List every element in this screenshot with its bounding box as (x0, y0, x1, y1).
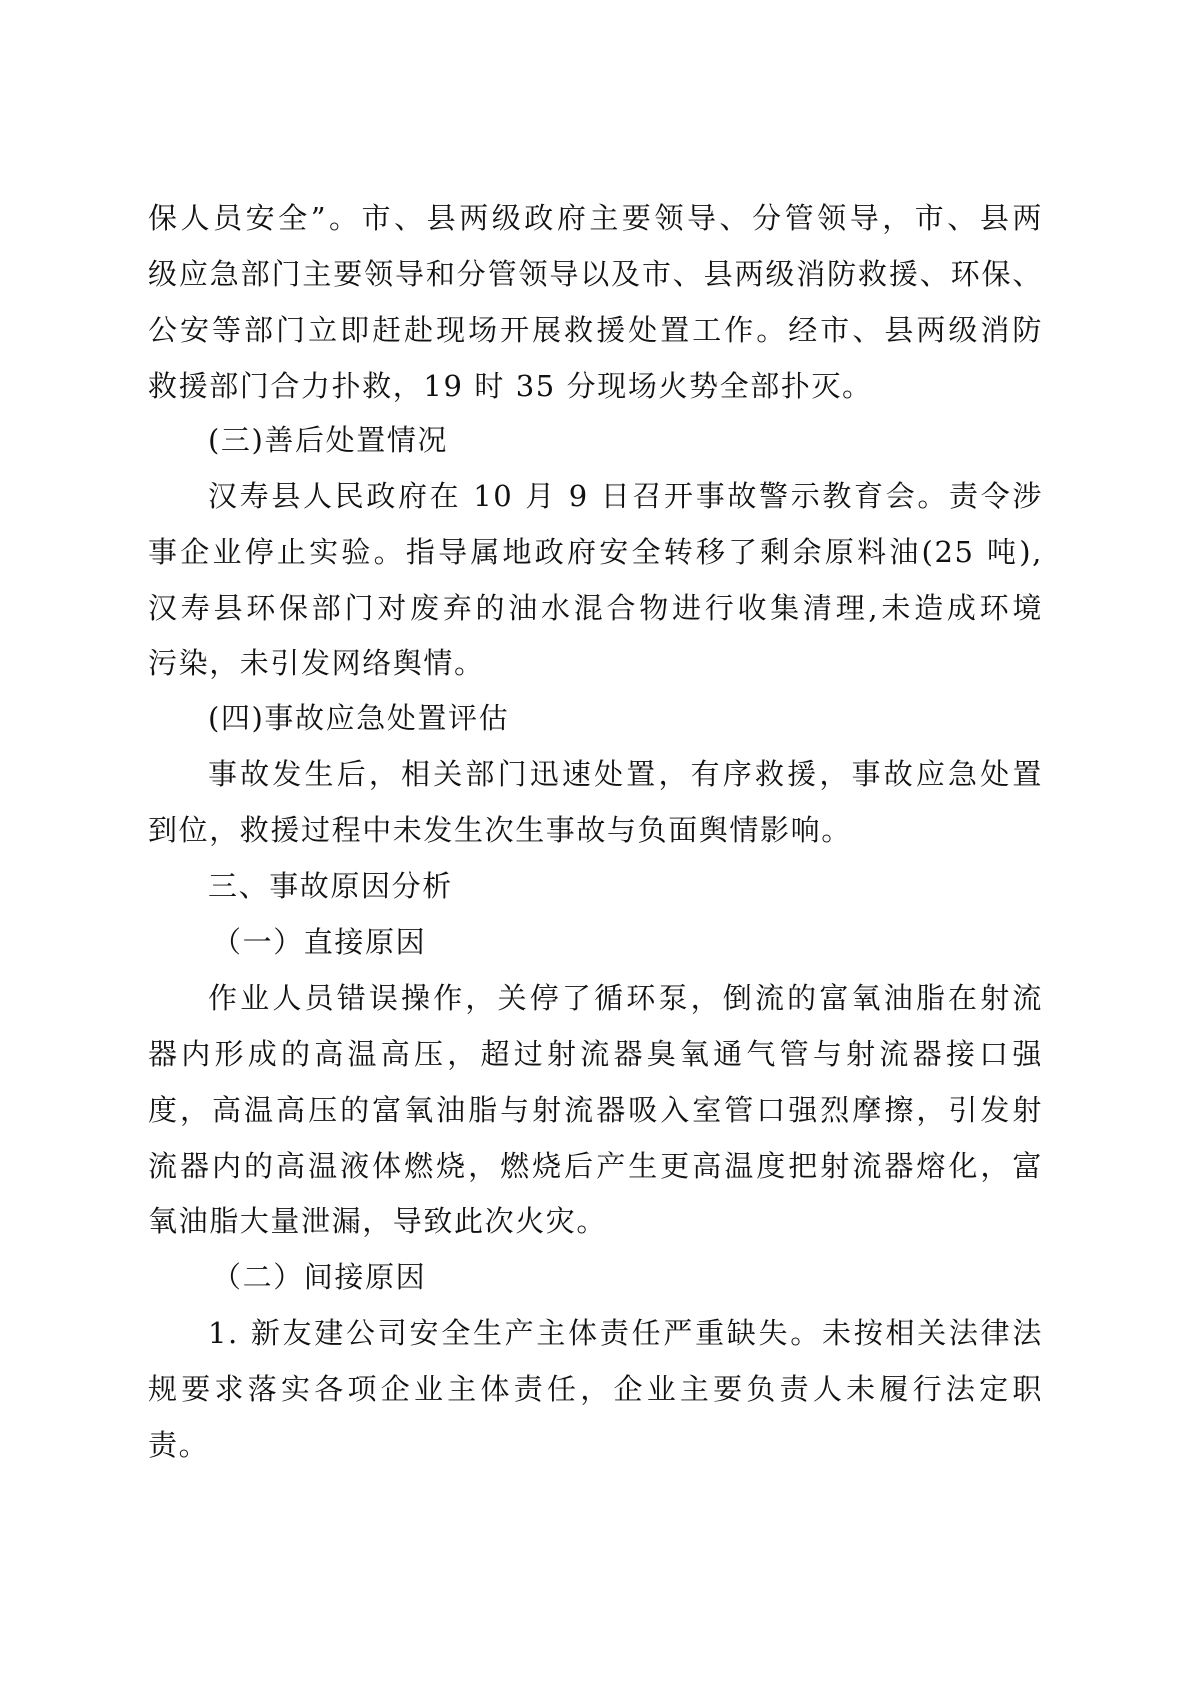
paragraph-line: 责。 (148, 1425, 1043, 1465)
paragraph-line: 事故发生后，相关部门迅速处置，有序救援，事故应急处置 (208, 754, 1043, 794)
document-page: 保人员安全”。市、县两级政府主要领导、分管领导，市、县两级应急部门主要领导和分管… (0, 0, 1190, 1683)
paragraph-line: 保人员安全”。市、县两级政府主要领导、分管领导，市、县两 (148, 198, 1043, 238)
paragraph-line: 氧油脂大量泄漏，导致此次火灾。 (148, 1201, 1043, 1241)
paragraph-line: 作业人员错误操作，关停了循环泵，倒流的富氧油脂在射流 (208, 978, 1043, 1018)
paragraph-line: 汉寿县人民政府在 10 月 9 日召开事故警示教育会。责令涉 (208, 476, 1043, 516)
paragraph-line: 污染，未引发网络舆情。 (148, 643, 1043, 683)
paragraph-line: 器内形成的高温高压，超过射流器臭氧通气管与射流器接口强 (148, 1034, 1043, 1074)
paragraph-line: 规要求落实各项企业主体责任，企业主要负责人未履行法定职 (148, 1369, 1043, 1409)
section-heading: 三、事故原因分析 (208, 866, 1043, 906)
subsection-heading: (三)善后处置情况 (208, 420, 1043, 460)
paragraph-line: 事企业停止实验。指导属地政府安全转移了剩余原料油(25 吨), (148, 532, 1043, 572)
paragraph-line: 级应急部门主要领导和分管领导以及市、县两级消防救援、环保、 (148, 254, 1043, 294)
paragraph-line: 1. 新友建公司安全生产主体责任严重缺失。未按相关法律法 (208, 1313, 1043, 1353)
subsection-heading: （一）直接原因 (212, 922, 1047, 962)
paragraph-line: 到位，救援过程中未发生次生事故与负面舆情影响。 (148, 810, 1043, 850)
subsection-heading: （二）间接原因 (212, 1257, 1047, 1297)
paragraph-line: 流器内的高温液体燃烧，燃烧后产生更高温度把射流器熔化，富 (148, 1146, 1043, 1186)
paragraph-line: 公安等部门立即赶赴现场开展救援处置工作。经市、县两级消防 (148, 310, 1043, 350)
paragraph-line: 汉寿县环保部门对废弃的油水混合物进行收集清理,未造成环境 (148, 588, 1043, 628)
paragraph-line: 救援部门合力扑救，19 时 35 分现场火势全部扑灭。 (148, 366, 1043, 406)
subsection-heading: (四)事故应急处置评估 (208, 698, 1043, 738)
paragraph-line: 度，高温高压的富氧油脂与射流器吸入室管口强烈摩擦，引发射 (148, 1090, 1043, 1130)
